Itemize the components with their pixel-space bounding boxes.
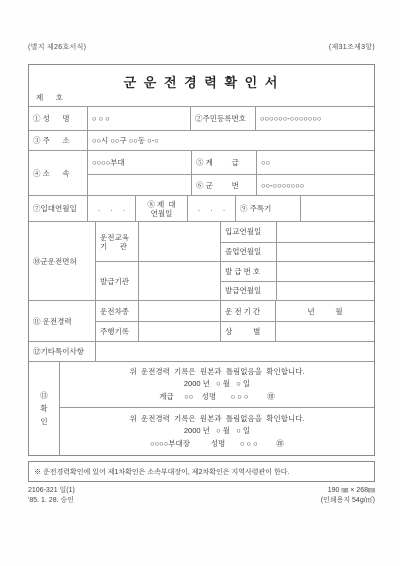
row-name: ① 성 명 ○ ○ ○ ②주민등록번호 ○○○○○○-○○○○○○○ [29,106,374,130]
military-license-label: ⑩군운전면허 [29,222,95,300]
entry-date-row: 입교연월일 [221,222,374,242]
footer-paper-weight: (인쇄용지 54g/㎡) [321,496,375,506]
footer-form-code: 2106-321 일(1) [28,486,75,496]
driving-experience-label: ⑪ 운전경력 [29,301,95,341]
title-area: 군 운 전 경 력 확 인 서 제 호 [29,65,374,106]
address-label: ③ 주 소 [29,131,87,150]
footer-right: 190 ㎜ × 268㎜ (인쇄용지 54g/㎡) [321,486,375,505]
form-ref-right: (제31조제3항) [329,42,375,52]
driving-period-value: 년 월 [275,301,374,321]
confirm1-signer: 계급 ○○ 성명 ○ ○ ○ ㊞ [159,391,274,404]
row-military-license: ⑩군운전면허 운전교육 기 관 입교연월일 졸업연월일 [29,221,374,300]
license-education-half: 운전교육 기 관 입교연월일 졸업연월일 [96,222,374,261]
mileage-row: 주행기록 상 별 [96,321,374,341]
entry-date-label: 입교연월일 [221,222,276,242]
entry-date-value [276,222,374,242]
edu-org-label-line2: 기 관 [100,242,127,251]
issue-number-value [276,262,374,281]
confirm2-signer: ○○○○부대장 성명 ○ ○ ○ ㊞ [150,438,284,451]
form-ref-left: (별지 제26호서식) [28,42,86,52]
edu-org-label: 운전교육 기 관 [96,222,138,261]
edu-dates-group: 입교연월일 졸업연월일 [220,222,374,261]
confirmation-label-char1: 확 [40,402,47,415]
confirmation-block-1: 위 운전경력 기록은 원본과 틀림없음을 확인합니다. 2000 년 ○ 월 ○… [60,362,374,407]
form-header: (별지 제26호서식) (제31조제3항) [28,42,375,52]
row-address: ③ 주 소 ○○시 ○○구 ○○동 ○-○ [29,130,374,150]
other-remarks-value [95,342,374,361]
confirm2-statement: 위 운전경력 기록은 원본과 틀림없음을 확인합니다. [129,413,304,426]
row-enlistment: ⑦입대연월일 . . . ⑧ 제 대 연월일 . . . ⑨ 주특기 [29,195,374,221]
issue-date-row: 발급연월일 [221,281,374,300]
confirmation-label-char2: 인 [40,415,47,428]
unit-cell-group: ○○○○부대 ⑤ 계 급 ○○ ⑥ 군 번 ○○-○○○○○○○ [87,151,374,195]
mileage-label: 주행기록 [96,322,138,341]
confirmation-label-no: ⑬ [40,389,48,402]
address-value: ○○시 ○○구 ○○동 ○-○ [87,131,374,150]
unit-label: ④ 소 속 [29,151,87,195]
edu-org-value [138,222,220,261]
issue-number-label: 발 급 번 호 [221,262,276,281]
unit-subrow-2: ⑥ 군 번 ○○-○○○○○○○ [88,174,374,195]
row-unit: ④ 소 속 ○○○○부대 ⑤ 계 급 ○○ ⑥ 군 번 ○○-○○○○○○○ [29,150,374,195]
driving-period-label: 운 전 기 간 [220,301,275,321]
edu-org-label-line1: 운전교육 [100,233,129,242]
specialty-label: ⑨ 주특기 [235,196,300,221]
confirm1-statement: 위 운전경력 기록은 원본과 틀림없음을 확인합니다. [129,366,304,379]
discharge-label-line2: 연월일 [151,209,173,218]
resident-number-value: ○○○○○○-○○○○○○○ [255,107,374,130]
row-other-remarks: ⑫기타특이사항 [29,341,374,361]
footer-approval-date: '85. 1. 28. 승인 [28,496,75,506]
experience-cell-group: 운전차종 운 전 기 간 년 월 주행기록 상 별 [95,301,374,341]
discharge-label-line1: ⑧ 제 대 [147,200,175,209]
discharge-date-value: . . . [187,196,235,221]
unit-value: ○○○○부대 [88,151,191,174]
confirmation-label: ⑬ 확 인 [29,362,59,455]
graduation-date-label: 졸업연월일 [221,243,276,262]
footnote-text: ※ 운전경력확인에 있어 제1차확인은 소속부대장이, 제2차확인은 지역사령관… [34,467,289,477]
issue-date-label: 발급연월일 [221,282,276,300]
certificate-table: 군 운 전 경 력 확 인 서 제 호 ① 성 명 ○ ○ ○ ②주민등록번호 … [28,64,375,456]
mileage-value [138,322,220,341]
resident-number-label: ②주민등록번호 [190,107,255,130]
name-value: ○ ○ ○ [87,107,190,130]
issuer-label: 발급기관 [96,262,138,300]
vehicle-type-label: 운전차종 [96,301,138,321]
vehicle-type-value [138,301,220,321]
confirmation-block-2: 위 운전경력 기록은 원본과 틀림없음을 확인합니다. 2000 년 ○ 월 ○… [60,407,374,455]
license-issue-half: 발급기관 발 급 번 호 발급연월일 [96,261,374,300]
enlist-date-value: . . . [87,196,135,221]
confirm2-date: 2000 년 ○ 월 ○ 일 [184,425,250,438]
name-label: ① 성 명 [29,107,87,130]
graduation-date-row: 졸업연월일 [221,242,374,262]
issue-number-row: 발 급 번 호 [221,262,374,281]
enlist-date-label: ⑦입대연월일 [29,196,87,221]
confirmation-blocks: 위 운전경력 기록은 원본과 틀림없음을 확인합니다. 2000 년 ○ 월 ○… [59,362,374,455]
graduation-date-value [276,243,374,262]
unit-value-blank [88,175,191,195]
scanned-form-page: (별지 제26호서식) (제31조제3항) 군 운 전 경 력 확 인 서 제 … [0,0,400,566]
discharge-date-label: ⑧ 제 대 연월일 [135,196,187,221]
footer-left: 2106-321 일(1) '85. 1. 28. 승인 [28,486,75,505]
form-title: 군 운 전 경 력 확 인 서 [29,65,374,91]
footnote-box: ※ 운전경력확인에 있어 제1차확인은 소속부대장이, 제2차확인은 지역사령관… [28,461,375,482]
license-cell-group: 운전교육 기 관 입교연월일 졸업연월일 [95,222,374,300]
row-driving-experience: ⑪ 운전경력 운전차종 운 전 기 간 년 월 주행기록 상 별 [29,300,374,341]
confirm1-date: 2000 년 ○ 월 ○ 일 [184,378,250,391]
print-spec-footer: 2106-321 일(1) '85. 1. 28. 승인 190 ㎜ × 268… [28,486,375,505]
rank-value: ○○ [256,151,374,174]
service-number-value: ○○-○○○○○○○ [256,175,374,195]
other-remarks-label: ⑫기타특이사항 [29,342,95,361]
issue-details-group: 발 급 번 호 발급연월일 [220,262,374,300]
reward-punishment-label: 상 별 [220,322,275,341]
specialty-value [300,196,374,221]
issue-date-value [276,282,374,300]
reward-punishment-value [275,322,374,341]
row-confirmation: ⑬ 확 인 위 운전경력 기록은 원본과 틀림없음을 확인합니다. 2000 년… [29,361,374,455]
footer-paper-size: 190 ㎜ × 268㎜ [321,486,375,496]
issuer-value [138,262,220,300]
service-number-label: ⑥ 군 번 [191,175,256,195]
unit-subrow-1: ○○○○부대 ⑤ 계 급 ○○ [88,151,374,174]
document-number: 제 호 [36,92,63,103]
vehicle-row: 운전차종 운 전 기 간 년 월 [96,301,374,321]
rank-label: ⑤ 계 급 [191,151,256,174]
